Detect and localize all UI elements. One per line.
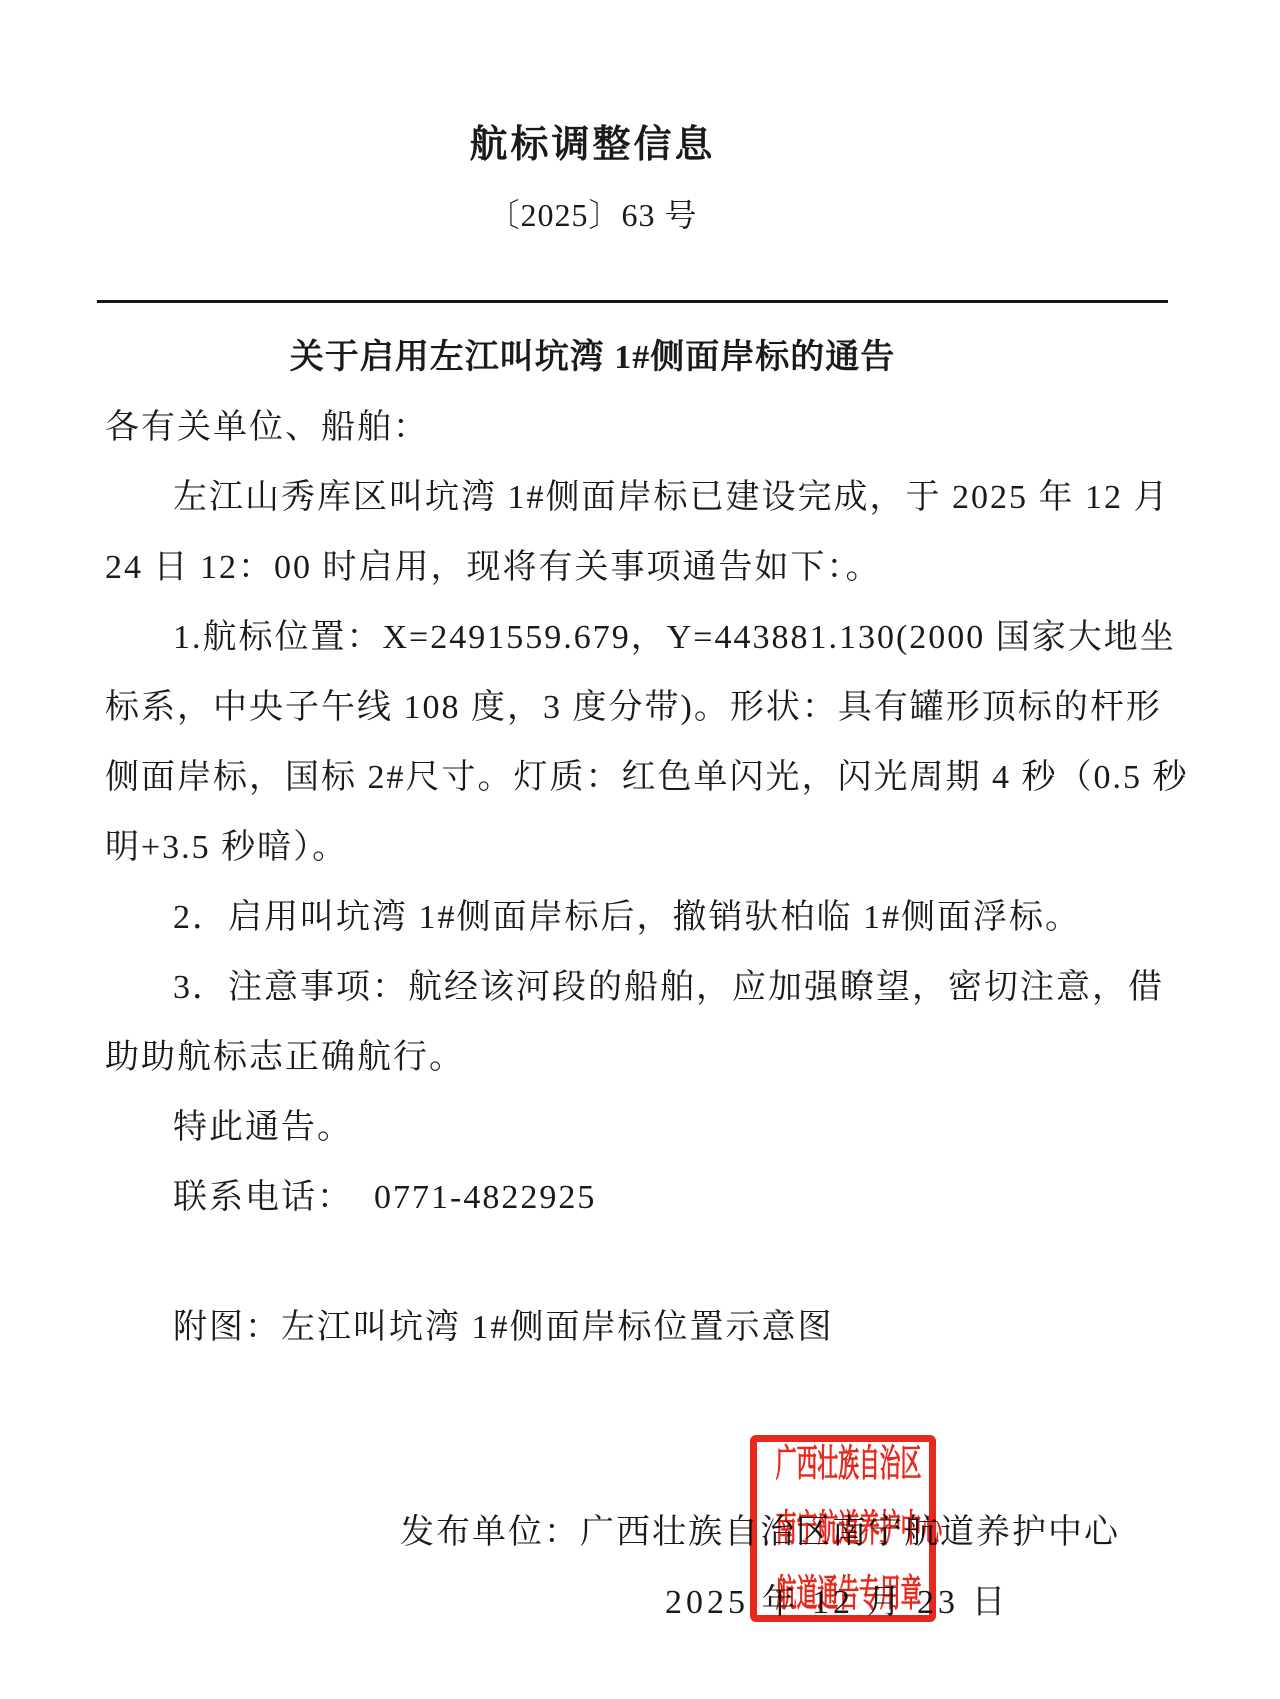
notice-title: 关于启用左江叫坑湾 1#侧面岸标的通告 [0, 323, 1185, 393]
body-line: 1.航标位置：X=2491559.679，Y=443881.130(2000 国… [105, 603, 1180, 673]
body-line: 侧面岸标，国标 2#尺寸。灯质：红色单闪光，闪光周期 4 秒（0.5 秒 [105, 743, 1180, 813]
body-line: 明+3.5 秒暗）。 [105, 813, 1180, 883]
divider-line [97, 300, 1168, 303]
stamp-line: 航道通告专用章 [776, 1573, 910, 1614]
body-line: 助助航标志正确航行。 [105, 1023, 1180, 1093]
notice-body: 各有关单位、船舶：左江山秀库区叫坑湾 1#侧面岸标已建设完成，于 2025 年 … [105, 393, 1180, 1233]
body-line: 24 日 12：00 时启用，现将有关事项通告如下：。 [105, 533, 1180, 603]
stamp-line: 南宁航道养护中心 [776, 1508, 910, 1549]
document-number: 〔2025〕63 号 [0, 180, 1185, 250]
attachment-line: 附图：左江叫坑湾 1#侧面岸标位置示意图 [105, 1293, 1180, 1363]
official-stamp: 广西壮族自治区 南宁航道养护中心 航道通告专用章 [750, 1435, 936, 1622]
attachment-block: 附图：左江叫坑湾 1#侧面岸标位置示意图 [105, 1293, 1180, 1363]
document-page: 航标调整信息 〔2025〕63 号 关于启用左江叫坑湾 1#侧面岸标的通告 各有… [0, 0, 1280, 1699]
body-line: 左江山秀库区叫坑湾 1#侧面岸标已建设完成，于 2025 年 12 月 [105, 463, 1180, 533]
stamp-line: 广西壮族自治区 [776, 1443, 910, 1484]
body-line: 2．启用叫坑湾 1#侧面岸标后，撤销驮柏临 1#侧面浮标。 [105, 883, 1180, 953]
body-line: 联系电话： 0771-4822925 [105, 1163, 1180, 1233]
body-line: 标系，中央子午线 108 度，3 度分带)。形状：具有罐形顶标的杆形 [105, 673, 1180, 743]
document-title: 航标调整信息 [0, 110, 1185, 180]
body-line: 各有关单位、船舶： [105, 393, 1180, 463]
body-line: 3．注意事项：航经该河段的船舶，应加强瞭望，密切注意，借 [105, 953, 1180, 1023]
body-line: 特此通告。 [105, 1093, 1180, 1163]
